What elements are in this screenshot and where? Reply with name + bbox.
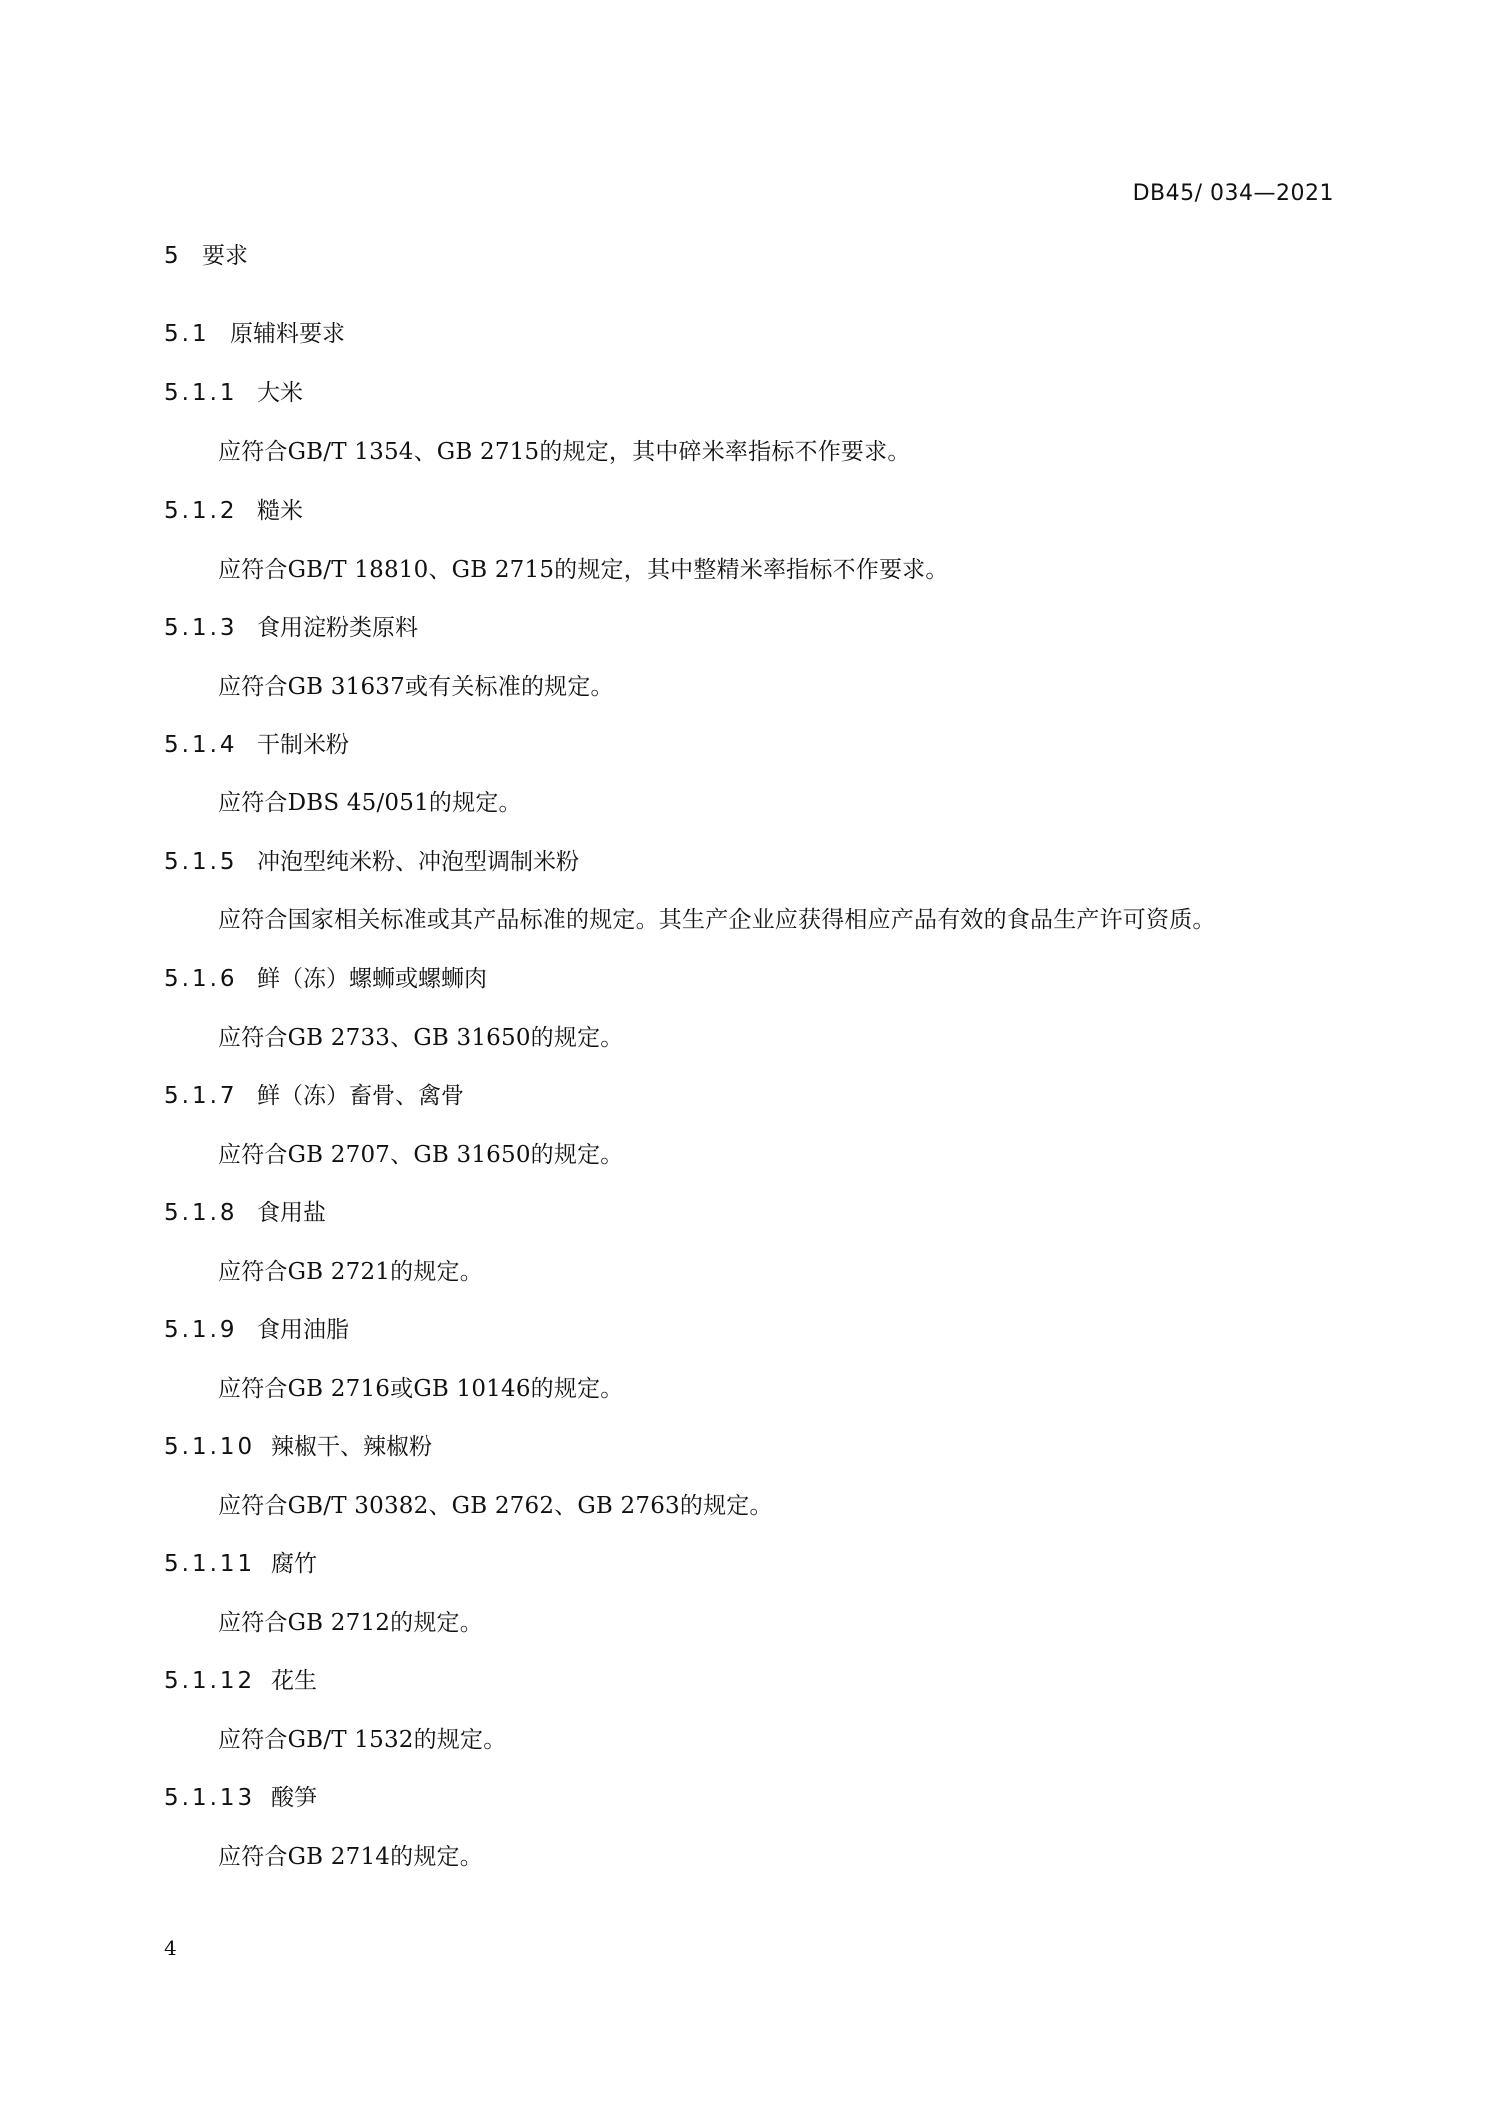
clause-heading-5-1-6: 5.1.6鲜（冻）螺蛳或螺蛳肉 bbox=[164, 963, 487, 995]
clause-title: 干制米粉 bbox=[257, 732, 349, 758]
clause-heading-5-1-11: 5.1.11腐竹 bbox=[164, 1548, 317, 1580]
clause-title: 糙米 bbox=[257, 498, 303, 524]
clause-title: 食用盐 bbox=[257, 1200, 326, 1226]
clause-text-5-1-3: 应符合GB 31637或有关标准的规定。 bbox=[218, 671, 614, 703]
clause-title: 冲泡型纯米粉、冲泡型调制米粉 bbox=[257, 849, 579, 875]
section-number: 5 bbox=[164, 240, 202, 272]
subsection-title: 原辅料要求 bbox=[230, 321, 345, 347]
clause-number: 5.1.6 bbox=[164, 963, 257, 995]
clause-number: 5.1.9 bbox=[164, 1314, 257, 1346]
clause-title: 腐竹 bbox=[271, 1551, 317, 1577]
clause-title: 辣椒干、辣椒粉 bbox=[271, 1434, 432, 1460]
clause-text-5-1-5: 应符合国家相关标准或其产品标准的规定。其生产企业应获得相应产品有效的食品生产许可… bbox=[218, 904, 1216, 936]
clause-text-5-1-2: 应符合GB/T 18810、GB 2715的规定，其中整精米率指标不作要求。 bbox=[218, 554, 949, 586]
clause-text-5-1-12: 应符合GB/T 1532的规定。 bbox=[218, 1724, 506, 1756]
document-code-header: DB45/ 034—2021 bbox=[1133, 178, 1334, 210]
clause-text-5-1-8: 应符合GB 2721的规定。 bbox=[218, 1256, 483, 1288]
clause-number: 5.1.12 bbox=[164, 1665, 271, 1697]
clause-number: 5.1.8 bbox=[164, 1197, 257, 1229]
clause-title: 大米 bbox=[257, 380, 303, 406]
clause-title: 花生 bbox=[271, 1668, 317, 1694]
clause-heading-5-1-2: 5.1.2糙米 bbox=[164, 495, 303, 527]
clause-heading-5-1-13: 5.1.13酸笋 bbox=[164, 1782, 317, 1814]
clause-title: 食用油脂 bbox=[257, 1317, 349, 1343]
clause-text-5-1-10: 应符合GB/T 30382、GB 2762、GB 2763的规定。 bbox=[218, 1490, 773, 1522]
clause-title: 鲜（冻）畜骨、禽骨 bbox=[257, 1083, 464, 1109]
clause-heading-5-1-10: 5.1.10辣椒干、辣椒粉 bbox=[164, 1431, 432, 1463]
document-page: DB45/ 034—2021 5要求 5.1原辅料要求 5.1.1大米 应符合G… bbox=[0, 0, 1488, 2104]
clause-heading-5-1-12: 5.1.12花生 bbox=[164, 1665, 317, 1697]
clause-number: 5.1.3 bbox=[164, 612, 257, 644]
clause-text-5-1-4: 应符合DBS 45/051的规定。 bbox=[218, 787, 522, 819]
clause-heading-5-1-7: 5.1.7鲜（冻）畜骨、禽骨 bbox=[164, 1080, 464, 1112]
subsection-heading-5-1: 5.1原辅料要求 bbox=[164, 318, 345, 350]
page-number: 4 bbox=[164, 1932, 177, 1964]
clause-text-5-1-7: 应符合GB 2707、GB 31650的规定。 bbox=[218, 1139, 623, 1171]
clause-number: 5.1.2 bbox=[164, 495, 257, 527]
clause-heading-5-1-1: 5.1.1大米 bbox=[164, 377, 303, 409]
clause-number: 5.1.11 bbox=[164, 1548, 271, 1580]
clause-number: 5.1.4 bbox=[164, 729, 257, 761]
clause-number: 5.1.7 bbox=[164, 1080, 257, 1112]
clause-heading-5-1-3: 5.1.3食用淀粉类原料 bbox=[164, 612, 418, 644]
clause-number: 5.1.13 bbox=[164, 1782, 271, 1814]
section-title: 要求 bbox=[202, 243, 248, 269]
clause-title: 食用淀粉类原料 bbox=[257, 615, 418, 641]
subsection-number: 5.1 bbox=[164, 318, 230, 350]
clause-text-5-1-9: 应符合GB 2716或GB 10146的规定。 bbox=[218, 1373, 623, 1405]
clause-number: 5.1.5 bbox=[164, 846, 257, 878]
clause-text-5-1-13: 应符合GB 2714的规定。 bbox=[218, 1841, 483, 1873]
section-heading-5: 5要求 bbox=[164, 240, 248, 272]
clause-text-5-1-1: 应符合GB/T 1354、GB 2715的规定，其中碎米率指标不作要求。 bbox=[218, 436, 911, 468]
clause-text-5-1-6: 应符合GB 2733、GB 31650的规定。 bbox=[218, 1022, 623, 1054]
clause-heading-5-1-4: 5.1.4干制米粉 bbox=[164, 729, 349, 761]
clause-heading-5-1-5: 5.1.5冲泡型纯米粉、冲泡型调制米粉 bbox=[164, 846, 579, 878]
clause-number: 5.1.1 bbox=[164, 377, 257, 409]
clause-title: 鲜（冻）螺蛳或螺蛳肉 bbox=[257, 966, 487, 992]
clause-text-5-1-11: 应符合GB 2712的规定。 bbox=[218, 1607, 483, 1639]
clause-number: 5.1.10 bbox=[164, 1431, 271, 1463]
clause-title: 酸笋 bbox=[271, 1785, 317, 1811]
clause-heading-5-1-8: 5.1.8食用盐 bbox=[164, 1197, 326, 1229]
clause-heading-5-1-9: 5.1.9食用油脂 bbox=[164, 1314, 349, 1346]
